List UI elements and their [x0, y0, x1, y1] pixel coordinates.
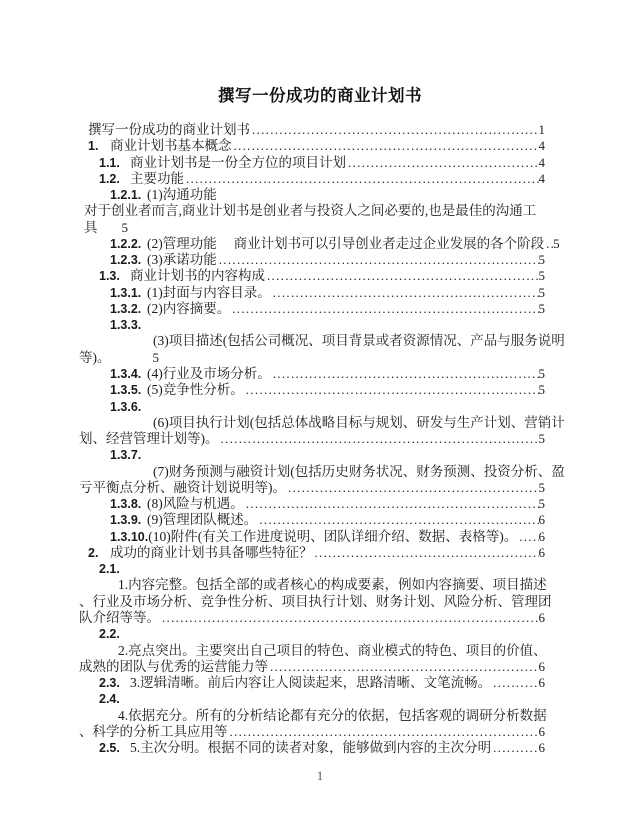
- toc-entry[interactable]: 2.成功的商业计划书具备哪些特征？6: [0, 545, 640, 561]
- toc-entry-text: (1)沟通功能: [147, 187, 217, 203]
- toc-entry[interactable]: 1.商业计划书基本概念4: [0, 138, 640, 154]
- toc-leader-dots: [244, 496, 539, 512]
- toc-entry-text: 5.主次分明。根据不同的读者对象，能够做到内容的主次分明: [130, 740, 491, 756]
- toc-page-number: 6: [539, 675, 546, 691]
- toc-entry[interactable]: 对于创业者而言,商业计划书是创业者与投资人之间必要的,也是最佳的沟通工: [0, 203, 640, 219]
- toc-entry-number: 1.3.2.: [110, 301, 147, 317]
- toc-entry[interactable]: 1.3.9.(9)管理团队概述。6: [0, 512, 640, 528]
- toc-entry[interactable]: 4.依据充分。所有的分析结论都有充分的依据，包括客观的调研分析数据: [0, 708, 640, 724]
- toc-page-number: 4: [539, 171, 546, 187]
- toc-entry-text: 3.逻辑清晰。前后内容让人阅读起来，思路清晰、文笔流畅。: [130, 675, 491, 691]
- toc-entry[interactable]: 成熟的团队与优秀的运营能力等6: [0, 659, 640, 675]
- toc-entry-number: 1.3.8.: [110, 496, 147, 512]
- toc-entry[interactable]: 1.2.1.(1)沟通功能: [0, 187, 640, 203]
- toc-entry-text: 具: [84, 220, 98, 236]
- toc-entry-text: (8)风险与机遇。: [147, 496, 244, 512]
- toc-leader-dots: [230, 301, 538, 317]
- toc-leader-dots: [517, 529, 538, 545]
- toc-entry-text: 1.内容完整。包括全部的或者核心的构成要素，例如内容摘要、项目描述: [118, 577, 547, 593]
- toc-page-number: 1: [539, 122, 546, 138]
- table-of-contents: 撰写一份成功的商业计划书11.商业计划书基本概念41.1.商业计划书是一份全方位…: [0, 122, 640, 756]
- toc-page-number: 4: [539, 138, 546, 154]
- toc-page-number: 5: [153, 350, 160, 366]
- toc-leader-dots: [257, 512, 538, 528]
- toc-entry-text: (7)财务预测与融资计划(包括历史财务状况、财务预测、投资分析、盈: [153, 464, 565, 480]
- toc-entry-number: 2.4.: [99, 691, 130, 707]
- toc-entry[interactable]: 2.亮点突出。主要突出自己项目的特色、商业模式的特色、项目的价值、: [0, 643, 640, 659]
- toc-entry-text: 等)。: [79, 350, 111, 366]
- footer-page-number: 1: [0, 768, 640, 784]
- toc-entry-number: 2.2.: [99, 626, 130, 642]
- toc-leader-dots: [244, 382, 539, 398]
- toc-entry[interactable]: 具5: [0, 220, 640, 236]
- toc-entry-text: 、行业及市场分析、竞争性分析、项目执行计划、财务计划、风险分析、管理团: [79, 594, 552, 610]
- toc-leader-dots: [160, 610, 539, 626]
- toc-entry-number: 1.3.1.: [110, 285, 147, 301]
- toc-page-number: 5: [539, 480, 546, 496]
- toc-entry[interactable]: 1.1.商业计划书是一份全方位的项目计划4: [0, 155, 640, 171]
- toc-page-number: 5: [539, 366, 546, 382]
- toc-entry-text: (2)内容摘要。: [147, 301, 230, 317]
- toc-entry[interactable]: 2.1.: [0, 561, 640, 577]
- toc-leader-dots: [184, 171, 539, 187]
- toc-entry[interactable]: 撰写一份成功的商业计划书1: [0, 122, 640, 138]
- toc-leader-dots: [544, 236, 553, 252]
- toc-entry-text: 商业计划书是一份全方位的项目计划: [130, 155, 346, 171]
- toc-entry-text: 主要功能: [130, 171, 184, 187]
- toc-entry-number: 2.1.: [99, 561, 130, 577]
- toc-entry-number: 1.1.: [99, 155, 130, 171]
- toc-page-number: 5: [539, 431, 546, 447]
- toc-entry-number: 1.3.10.: [110, 529, 148, 545]
- toc-entry[interactable]: 1.3.商业计划书的内容构成5: [0, 268, 640, 284]
- toc-page-number: 5: [539, 268, 546, 284]
- toc-entry-number: 1.: [88, 138, 110, 154]
- toc-entry-number: 2.5.: [99, 740, 130, 756]
- toc-entry-text: 对于创业者而言,商业计划书是创业者与投资人之间必要的,也是最佳的沟通工: [84, 203, 536, 219]
- toc-page-number: 5: [122, 220, 129, 236]
- toc-entry[interactable]: 1.3.2.(2)内容摘要。5: [0, 301, 640, 317]
- toc-entry[interactable]: 1.3.1.(1)封面与内容目录。5: [0, 285, 640, 301]
- toc-entry[interactable]: 2.3.3.逻辑清晰。前后内容让人阅读起来，思路清晰、文笔流畅。6: [0, 675, 640, 691]
- toc-leader-dots: [271, 366, 539, 382]
- toc-entry[interactable]: (3)项目描述(包括公司概况、项目背景或者资源情况、产品与服务说明: [0, 333, 640, 349]
- toc-entry-text: (2)管理功能 商业计划书可以引导创业者走过企业发展的各个阶段: [147, 236, 544, 252]
- toc-entry-number: 1.3.9.: [110, 512, 147, 528]
- toc-leader-dots: [271, 285, 539, 301]
- toc-entry-text: 2.亮点突出。主要突出自己项目的特色、商业模式的特色、项目的价值、: [118, 643, 547, 659]
- toc-entry[interactable]: 、科学的分析工具应用等6: [0, 724, 640, 740]
- toc-entry[interactable]: 1.3.7.: [0, 447, 640, 463]
- toc-entry-number: 1.2.1.: [110, 187, 147, 203]
- toc-entry-text: (4)行业及市场分析。: [147, 366, 271, 382]
- toc-entry[interactable]: 划、经营管理计划等)。5: [0, 431, 640, 447]
- toc-page-number: 5: [539, 301, 546, 317]
- toc-leader-dots: [219, 431, 539, 447]
- toc-page-number: 4: [539, 155, 546, 171]
- toc-entry-text: 、科学的分析工具应用等: [79, 724, 228, 740]
- toc-entry[interactable]: 1.3.10.(10)附件(有关工作进度说明、团队详细介绍、数据、表格等)。6: [0, 529, 640, 545]
- toc-entry-text: 4.依据充分。所有的分析结论都有充分的依据，包括客观的调研分析数据: [118, 708, 547, 724]
- toc-entry[interactable]: 等)。5: [0, 350, 640, 366]
- toc-entry-text: (9)管理团队概述。: [147, 512, 257, 528]
- toc-entry-number: 1.3.: [99, 268, 130, 284]
- toc-entry[interactable]: 1.2.主要功能4: [0, 171, 640, 187]
- toc-page-number: 6: [539, 659, 546, 675]
- toc-entry-text: 商业计划书基本概念: [110, 138, 232, 154]
- toc-entry-text: 成功的商业计划书具备哪些特征？: [110, 545, 313, 561]
- toc-entry-number: 1.3.7.: [110, 447, 147, 463]
- toc-leader-dots: [313, 545, 539, 561]
- toc-entry[interactable]: 1.3.5.(5)竞争性分析。5: [0, 382, 640, 398]
- toc-leader-dots: [268, 659, 539, 675]
- toc-entry-number: 1.2.: [99, 171, 130, 187]
- toc-page-number: 6: [539, 512, 546, 528]
- toc-entry[interactable]: (7)财务预测与融资计划(包括历史财务状况、财务预测、投资分析、盈: [0, 464, 640, 480]
- toc-entry-number: 2.3.: [99, 675, 130, 691]
- toc-entry-number: 1.3.3.: [110, 317, 147, 333]
- toc-page-number: 5: [553, 236, 560, 252]
- toc-entry-text: 划、经营管理计划等)。: [79, 431, 219, 447]
- toc-entry-text: 商业计划书的内容构成: [130, 268, 265, 284]
- toc-entry[interactable]: 2.2.: [0, 626, 640, 642]
- toc-entry[interactable]: 1.内容完整。包括全部的或者核心的构成要素，例如内容摘要、项目描述: [0, 577, 640, 593]
- toc-leader-dots: [265, 268, 539, 284]
- toc-entry[interactable]: 1.3.8.(8)风险与机遇。5: [0, 496, 640, 512]
- toc-entry-text: 亏平衡点分析、融资计划说明等)。: [79, 480, 286, 496]
- toc-entry-text: 成熟的团队与优秀的运营能力等: [79, 659, 268, 675]
- toc-entry-number: 1.2.3.: [110, 252, 147, 268]
- toc-entry-number: 1.3.5.: [110, 382, 147, 398]
- toc-entry-number: 1.2.2.: [110, 236, 147, 252]
- toc-entry[interactable]: 2.4.: [0, 691, 640, 707]
- toc-page-number: 5: [539, 252, 546, 268]
- toc-leader-dots: [228, 724, 539, 740]
- toc-page-number: 6: [539, 529, 546, 545]
- toc-entry-number: 1.3.6.: [110, 399, 147, 415]
- toc-leader-dots: [491, 740, 538, 756]
- toc-page-number: 6: [539, 740, 546, 756]
- toc-leader-dots: [217, 252, 539, 268]
- toc-page-number: 5: [539, 496, 546, 512]
- toc-entry[interactable]: 2.5.5.主次分明。根据不同的读者对象，能够做到内容的主次分明6: [0, 740, 640, 756]
- toc-entry[interactable]: 1.3.3.: [0, 317, 640, 333]
- toc-leader-dots: [286, 480, 539, 496]
- toc-page-number: 5: [539, 285, 546, 301]
- toc-leader-dots: [346, 155, 539, 171]
- toc-entry-text: (3)承诺功能: [147, 252, 217, 268]
- toc-leader-dots: [491, 675, 538, 691]
- toc-entry[interactable]: 1.2.2.(2)管理功能 商业计划书可以引导创业者走过企业发展的各个阶段5: [0, 236, 640, 252]
- toc-entry-number: 1.3.4.: [110, 366, 147, 382]
- toc-entry[interactable]: 1.2.3.(3)承诺功能5: [0, 252, 640, 268]
- toc-entry-text: (1)封面与内容目录。: [147, 285, 271, 301]
- toc-entry-text: (6)项目执行计划(包括总体战略目标与规划、研发与生产计划、营销计: [153, 415, 565, 431]
- toc-entry[interactable]: 亏平衡点分析、融资计划说明等)。5: [0, 480, 640, 496]
- toc-entry[interactable]: 1.3.6.: [0, 399, 640, 415]
- toc-entry-text: 撰写一份成功的商业计划书: [88, 122, 250, 138]
- toc-entry[interactable]: (6)项目执行计划(包括总体战略目标与规划、研发与生产计划、营销计: [0, 415, 640, 431]
- document-page: 撰写一份成功的商业计划书 撰写一份成功的商业计划书11.商业计划书基本概念41.…: [0, 0, 640, 828]
- toc-entry-text: 队介绍等等。: [79, 610, 160, 626]
- toc-entry-text: (5)竞争性分析。: [147, 382, 244, 398]
- toc-entry[interactable]: 1.3.4.(4)行业及市场分析。5: [0, 366, 640, 382]
- toc-page-number: 5: [539, 382, 546, 398]
- toc-entry[interactable]: 、行业及市场分析、竞争性分析、项目执行计划、财务计划、风险分析、管理团: [0, 594, 640, 610]
- toc-entry-number: 2.: [88, 545, 110, 561]
- toc-entry-text: (3)项目描述(包括公司概况、项目背景或者资源情况、产品与服务说明: [153, 333, 565, 349]
- toc-page-number: 6: [539, 610, 546, 626]
- toc-leader-dots: [250, 122, 539, 138]
- document-title: 撰写一份成功的商业计划书: [0, 85, 640, 106]
- toc-entry[interactable]: 队介绍等等。6: [0, 610, 640, 626]
- toc-page-number: 6: [539, 545, 546, 561]
- toc-page-number: 6: [539, 724, 546, 740]
- toc-entry-text: (10)附件(有关工作进度说明、团队详细介绍、数据、表格等)。: [148, 529, 517, 545]
- toc-leader-dots: [232, 138, 539, 154]
